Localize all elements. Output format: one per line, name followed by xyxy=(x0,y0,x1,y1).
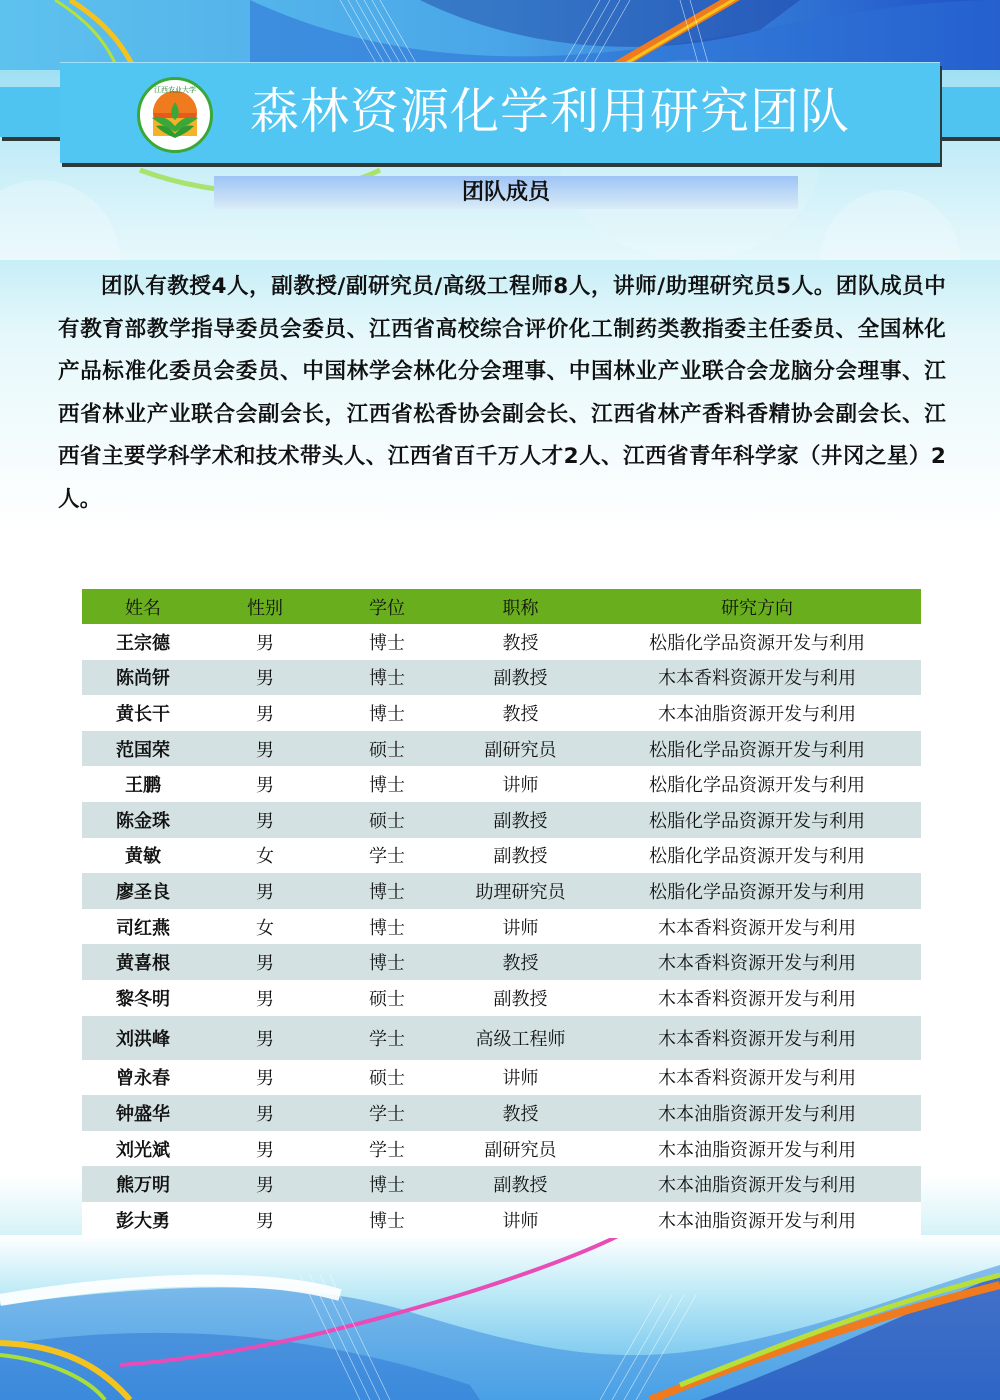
cell-gender: 男 xyxy=(204,731,326,767)
cell-name: 陈尚钘 xyxy=(82,660,204,696)
cell-research: 木本油脂资源开发与利用 xyxy=(593,1166,921,1202)
column-header-title: 职称 xyxy=(448,589,593,624)
cell-degree: 博士 xyxy=(326,695,448,731)
column-header-research: 研究方向 xyxy=(593,589,921,624)
cell-name: 黄敏 xyxy=(82,838,204,874)
table-row: 彭大勇 男 博士 讲师 木本油脂资源开发与利用 xyxy=(82,1202,921,1238)
cell-gender: 男 xyxy=(204,766,326,802)
cell-title: 讲师 xyxy=(448,909,593,945)
cell-name: 曾永春 xyxy=(82,1060,204,1096)
cell-name: 刘光斌 xyxy=(82,1131,204,1167)
cell-degree: 博士 xyxy=(326,1166,448,1202)
cell-gender: 男 xyxy=(204,1202,326,1238)
cell-name: 黎冬明 xyxy=(82,980,204,1016)
cell-name: 黄喜根 xyxy=(82,944,204,980)
cell-research: 木本香料资源开发与利用 xyxy=(593,1060,921,1096)
section-heading-label: 团队成员 xyxy=(462,180,550,205)
cell-title: 讲师 xyxy=(448,1060,593,1096)
table-row: 范国荣 男 硕士 副研究员 松脂化学品资源开发与利用 xyxy=(82,731,921,767)
cell-research: 木本油脂资源开发与利用 xyxy=(593,1095,921,1131)
cell-gender: 男 xyxy=(204,1131,326,1167)
cell-title: 讲师 xyxy=(448,1202,593,1238)
table-row: 陈尚钘 男 博士 副教授 木本香料资源开发与利用 xyxy=(82,660,921,696)
table-row: 黄喜根 男 博士 教授 木本香料资源开发与利用 xyxy=(82,944,921,980)
cell-gender: 男 xyxy=(204,1016,326,1060)
cell-gender: 女 xyxy=(204,838,326,874)
wave-swirl-graphic xyxy=(0,1235,1000,1400)
cell-research: 松脂化学品资源开发与利用 xyxy=(593,624,921,660)
cell-degree: 学士 xyxy=(326,1016,448,1060)
cell-research: 松脂化学品资源开发与利用 xyxy=(593,838,921,874)
cell-gender: 男 xyxy=(204,624,326,660)
title-banner: 江西农业大学 森林资源化学利用研究团队 xyxy=(60,62,940,163)
cell-degree: 博士 xyxy=(326,660,448,696)
page-title: 森林资源化学利用研究团队 xyxy=(250,79,850,145)
cell-name: 钟盛华 xyxy=(82,1095,204,1131)
table-row: 曾永春 男 硕士 讲师 木本香料资源开发与利用 xyxy=(82,1060,921,1096)
team-members-table: 姓名 性别 学位 职称 研究方向 王宗德 男 博士 教授 松脂化学品资源开发与利… xyxy=(82,589,921,1238)
column-header-gender: 性别 xyxy=(204,589,326,624)
cell-research: 木本香料资源开发与利用 xyxy=(593,944,921,980)
cell-degree: 博士 xyxy=(326,1202,448,1238)
cell-degree: 博士 xyxy=(326,766,448,802)
cell-name: 廖圣良 xyxy=(82,873,204,909)
cell-title: 副教授 xyxy=(448,1166,593,1202)
table-row: 黄敏 女 学士 副教授 松脂化学品资源开发与利用 xyxy=(82,838,921,874)
cell-gender: 男 xyxy=(204,1166,326,1202)
cell-gender: 男 xyxy=(204,802,326,838)
cell-name: 彭大勇 xyxy=(82,1202,204,1238)
cell-name: 陈金珠 xyxy=(82,802,204,838)
cell-research: 木本香料资源开发与利用 xyxy=(593,909,921,945)
cell-degree: 学士 xyxy=(326,838,448,874)
table-row: 廖圣良 男 博士 助理研究员 松脂化学品资源开发与利用 xyxy=(82,873,921,909)
cell-degree: 学士 xyxy=(326,1131,448,1167)
cell-gender: 男 xyxy=(204,1060,326,1096)
cell-research: 木本香料资源开发与利用 xyxy=(593,1016,921,1060)
table-row: 钟盛华 男 学士 教授 木本油脂资源开发与利用 xyxy=(82,1095,921,1131)
cell-gender: 男 xyxy=(204,695,326,731)
table-row: 司红燕 女 博士 讲师 木本香料资源开发与利用 xyxy=(82,909,921,945)
table-row: 陈金珠 男 硕士 副教授 松脂化学品资源开发与利用 xyxy=(82,802,921,838)
cell-title: 教授 xyxy=(448,624,593,660)
cell-name: 王鹏 xyxy=(82,766,204,802)
cell-title: 助理研究员 xyxy=(448,873,593,909)
cell-research: 松脂化学品资源开发与利用 xyxy=(593,873,921,909)
cell-name: 范国荣 xyxy=(82,731,204,767)
cell-title: 副教授 xyxy=(448,838,593,874)
cell-degree: 硕士 xyxy=(326,980,448,1016)
cell-name: 王宗德 xyxy=(82,624,204,660)
cell-research: 木本香料资源开发与利用 xyxy=(593,980,921,1016)
cell-degree: 博士 xyxy=(326,624,448,660)
svg-text:江西农业大学: 江西农业大学 xyxy=(154,85,196,94)
table-row: 王宗德 男 博士 教授 松脂化学品资源开发与利用 xyxy=(82,624,921,660)
cell-research: 松脂化学品资源开发与利用 xyxy=(593,802,921,838)
cell-research: 木本油脂资源开发与利用 xyxy=(593,695,921,731)
cell-name: 黄长干 xyxy=(82,695,204,731)
cell-gender: 女 xyxy=(204,909,326,945)
cell-research: 松脂化学品资源开发与利用 xyxy=(593,766,921,802)
decorative-bottom-background xyxy=(0,1235,1000,1400)
cell-name: 司红燕 xyxy=(82,909,204,945)
cell-title: 教授 xyxy=(448,695,593,731)
cell-name: 熊万明 xyxy=(82,1166,204,1202)
cell-name: 刘洪峰 xyxy=(82,1016,204,1060)
cell-title: 教授 xyxy=(448,1095,593,1131)
cell-degree: 博士 xyxy=(326,873,448,909)
cell-gender: 男 xyxy=(204,660,326,696)
cell-title: 高级工程师 xyxy=(448,1016,593,1060)
cell-degree: 博士 xyxy=(326,944,448,980)
cell-title: 副教授 xyxy=(448,980,593,1016)
cell-degree: 硕士 xyxy=(326,802,448,838)
cell-research: 木本油脂资源开发与利用 xyxy=(593,1202,921,1238)
table-header-row: 姓名 性别 学位 职称 研究方向 xyxy=(82,589,921,624)
cell-title: 教授 xyxy=(448,944,593,980)
team-intro-paragraph: 团队有教授4人，副教授/副研究员/高级工程师8人，讲师/助理研究员5人。团队成员… xyxy=(58,266,946,522)
university-logo-icon: 江西农业大学 xyxy=(137,77,213,153)
cell-research: 木本香料资源开发与利用 xyxy=(593,660,921,696)
cell-research: 松脂化学品资源开发与利用 xyxy=(593,731,921,767)
cell-gender: 男 xyxy=(204,873,326,909)
cell-title: 副教授 xyxy=(448,802,593,838)
cell-gender: 男 xyxy=(204,1095,326,1131)
cell-degree: 学士 xyxy=(326,1095,448,1131)
cell-title: 副研究员 xyxy=(448,1131,593,1167)
cell-title: 讲师 xyxy=(448,766,593,802)
table-row: 刘洪峰 男 学士 高级工程师 木本香料资源开发与利用 xyxy=(82,1016,921,1060)
table-row: 王鹏 男 博士 讲师 松脂化学品资源开发与利用 xyxy=(82,766,921,802)
cell-degree: 硕士 xyxy=(326,1060,448,1096)
cell-research: 木本油脂资源开发与利用 xyxy=(593,1131,921,1167)
table-row: 熊万明 男 博士 副教授 木本油脂资源开发与利用 xyxy=(82,1166,921,1202)
column-header-name: 姓名 xyxy=(82,589,204,624)
table-row: 黎冬明 男 硕士 副教授 木本香料资源开发与利用 xyxy=(82,980,921,1016)
column-header-degree: 学位 xyxy=(326,589,448,624)
cell-degree: 博士 xyxy=(326,909,448,945)
table-row: 刘光斌 男 学士 副研究员 木本油脂资源开发与利用 xyxy=(82,1131,921,1167)
table-row: 黄长干 男 博士 教授 木本油脂资源开发与利用 xyxy=(82,695,921,731)
section-heading: 团队成员 xyxy=(214,176,798,209)
cell-degree: 硕士 xyxy=(326,731,448,767)
cell-gender: 男 xyxy=(204,980,326,1016)
cell-title: 副研究员 xyxy=(448,731,593,767)
cell-title: 副教授 xyxy=(448,660,593,696)
cell-gender: 男 xyxy=(204,944,326,980)
